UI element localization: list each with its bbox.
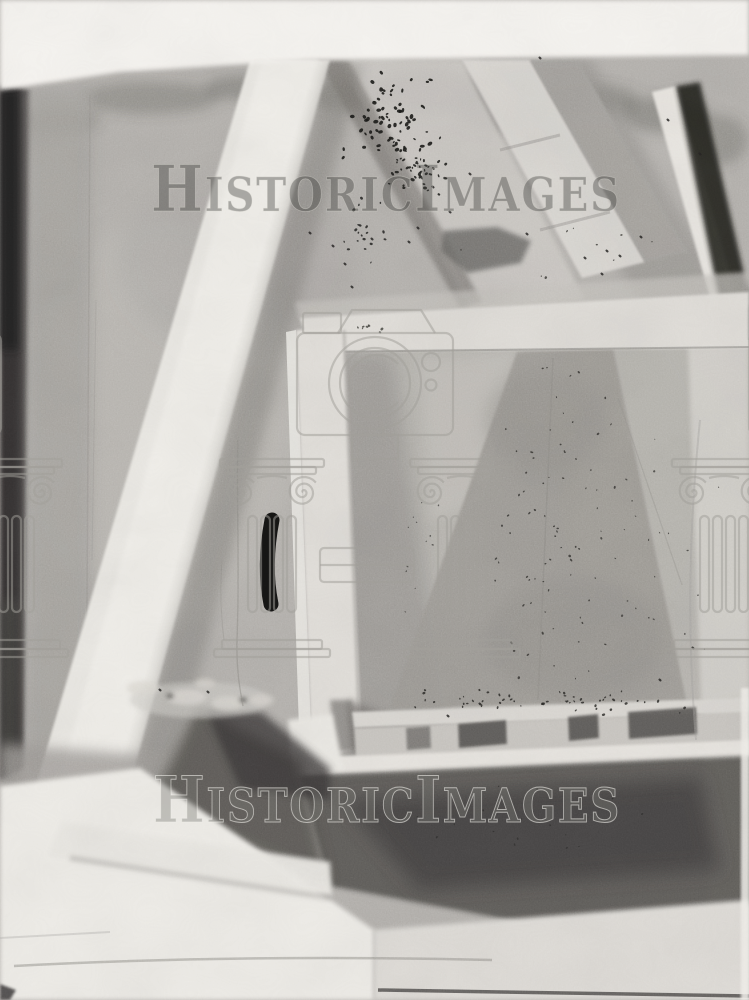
photograph: HISTORICIMAGES HISTORICIMAGES — [0, 0, 749, 1000]
film-grain-coarse — [0, 0, 749, 1000]
